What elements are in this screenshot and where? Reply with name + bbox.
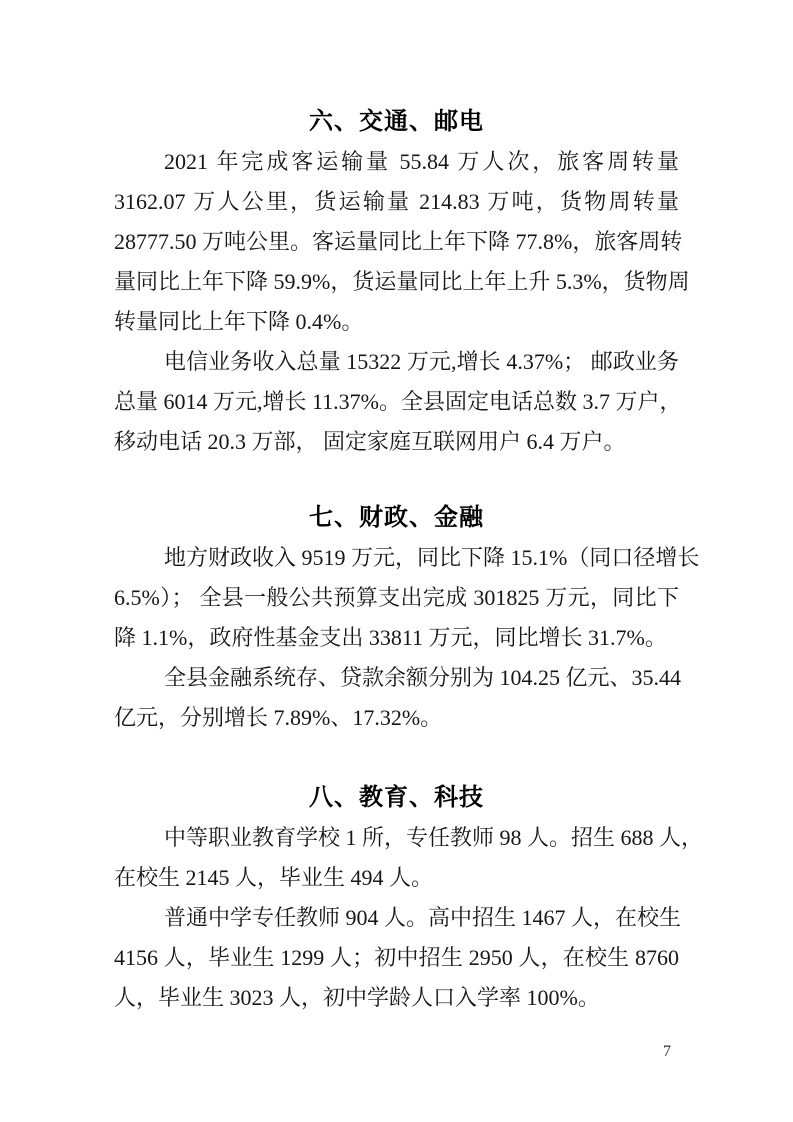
section-heading-transport-post: 六、交通、邮电 — [114, 102, 679, 142]
paragraph-secondary-education: 普通中学专任教师 904 人。高中招生 1467 人，在校生 4156 人，毕业… — [114, 898, 679, 1018]
text-line: 普通中学专任教师 904 人。高中招生 1467 人，在校生 — [114, 898, 679, 938]
text-line: 中等职业教育学校 1 所，专任教师 98 人。招生 688 人， — [114, 818, 679, 858]
text-line: 3162.07 万人公里，货运输量 214.83 万吨，货物周转量 — [114, 182, 679, 222]
text-line: 2021 年完成客运输量 55.84 万人次，旅客周转量 — [114, 142, 679, 182]
text-line: 移动电话 20.3 万部， 固定家庭互联网用户 6.4 万户。 — [114, 422, 679, 462]
text-line: 28777.50 万吨公里。客运量同比上年下降 77.8%，旅客周转 — [114, 222, 679, 262]
page-number: 7 — [114, 1032, 679, 1072]
text-line: 在校生 2145 人，毕业生 494 人。 — [114, 858, 679, 898]
paragraph-fiscal: 地方财政收入 9519 万元，同比下降 15.1%（同口径增长 6.5%）； 全… — [114, 538, 679, 658]
paragraph-banking: 全县金融系统存、贷款余额分别为 104.25 亿元、35.44 亿元，分别增长 … — [114, 658, 679, 738]
text-line: 6.5%）； 全县一般公共预算支出完成 301825 万元，同比下 — [114, 578, 679, 618]
text-line: 转量同比上年下降 0.4%。 — [114, 302, 679, 342]
text-line: 电信业务收入总量 15322 万元,增长 4.37%； 邮政业务 — [114, 342, 679, 382]
text-line: 亿元，分别增长 7.89%、17.32%。 — [114, 698, 679, 738]
text-line: 地方财政收入 9519 万元，同比下降 15.1%（同口径增长 — [114, 538, 679, 578]
paragraph-vocational-education: 中等职业教育学校 1 所，专任教师 98 人。招生 688 人， 在校生 214… — [114, 818, 679, 898]
paragraph-transport: 2021 年完成客运输量 55.84 万人次，旅客周转量 3162.07 万人公… — [114, 142, 679, 342]
text-line: 量同比上年下降 59.9%，货运量同比上年上升 5.3%，货物周 — [114, 262, 679, 302]
paragraph-telecom-post: 电信业务收入总量 15322 万元,增长 4.37%； 邮政业务 总量 6014… — [114, 342, 679, 462]
section-heading-finance: 七、财政、金融 — [114, 498, 679, 538]
text-line: 4156 人，毕业生 1299 人；初中招生 2950 人，在校生 8760 — [114, 938, 679, 978]
document-page: 六、交通、邮电 2021 年完成客运输量 55.84 万人次，旅客周转量 316… — [0, 0, 793, 1122]
text-line: 全县金融系统存、贷款余额分别为 104.25 亿元、35.44 — [114, 658, 679, 698]
text-line: 总量 6014 万元,增长 11.37%。全县固定电话总数 3.7 万户， — [114, 382, 679, 422]
text-line: 人，毕业生 3023 人，初中学龄人口入学率 100%。 — [114, 978, 679, 1018]
text-line: 降 1.1%，政府性基金支出 33811 万元，同比增长 31.7%。 — [114, 618, 679, 658]
section-heading-education-science: 八、教育、科技 — [114, 778, 679, 818]
